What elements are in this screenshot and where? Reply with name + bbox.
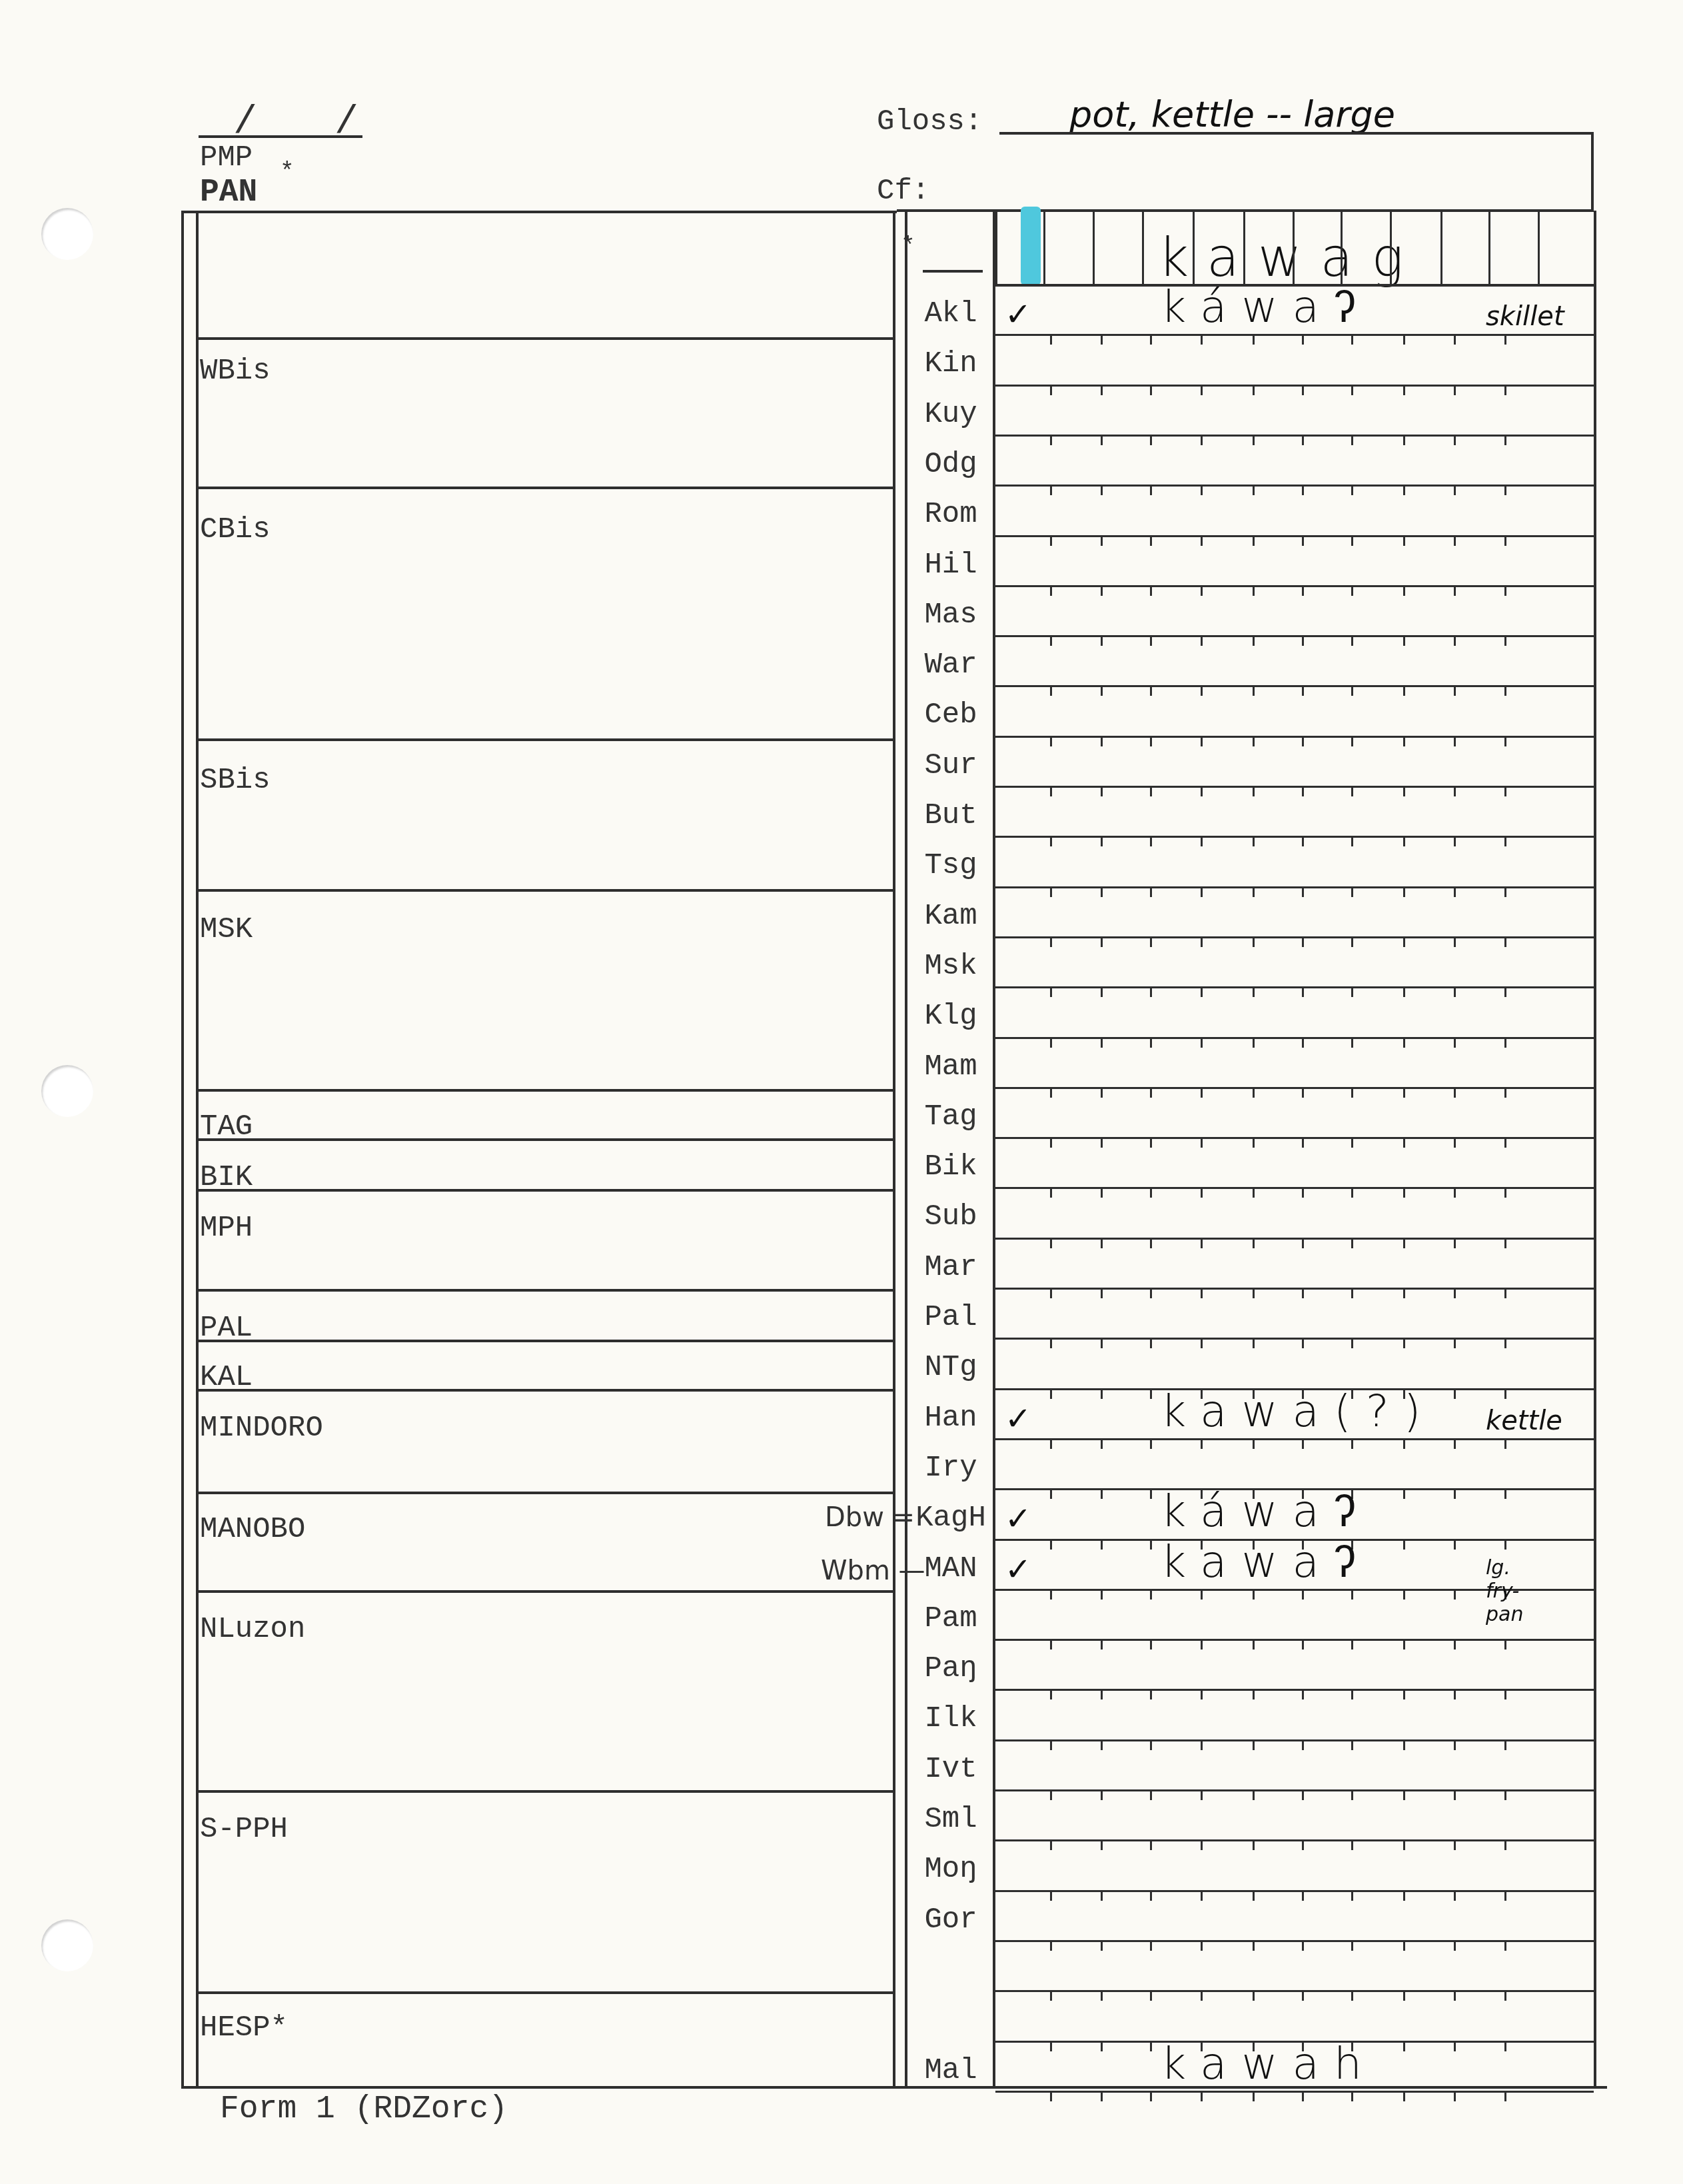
baseline-tick	[1201, 1338, 1203, 1348]
baseline-tick	[1504, 1187, 1506, 1198]
subgroup-label-mindoro[interactable]: MINDORO	[200, 1412, 323, 1445]
baseline-tick	[1351, 936, 1353, 947]
baseline-tick	[1050, 385, 1052, 395]
baseline-tick	[1403, 1940, 1405, 1951]
baseline-tick	[1101, 1689, 1103, 1699]
baseline-tick	[1504, 635, 1506, 646]
baseline-tick	[1351, 685, 1353, 696]
baseline-tick	[1253, 986, 1255, 997]
subgroup-divider	[196, 1590, 894, 1593]
pmp-label[interactable]: PMP	[200, 141, 253, 175]
baseline-tick	[1302, 1338, 1304, 1348]
check-mark-icon: ✓	[1005, 1400, 1031, 1438]
baseline-tick	[1504, 936, 1506, 947]
baseline-tick	[1201, 1589, 1203, 1600]
baseline-tick	[1351, 635, 1353, 646]
baseline-tick	[1050, 1087, 1052, 1098]
baseline-tick	[1150, 1187, 1152, 1198]
baseline-tick	[1454, 385, 1456, 395]
baseline-tick	[1302, 1087, 1304, 1098]
language-code: Akl	[907, 297, 994, 331]
baseline-tick	[1101, 1087, 1103, 1098]
language-code: But	[907, 799, 994, 832]
baseline-tick	[1101, 736, 1103, 746]
baseline-tick	[1403, 1539, 1405, 1550]
baseline-tick	[1302, 1890, 1304, 1901]
baseline-tick	[1101, 786, 1103, 796]
baseline-tick	[1050, 2041, 1052, 2051]
frame-right	[1594, 211, 1596, 2087]
baseline-tick	[1201, 1689, 1203, 1699]
reflex-gloss[interactable]: skillet	[1486, 301, 1564, 332]
baseline-tick	[1101, 1438, 1103, 1449]
baseline-tick	[1253, 385, 1255, 395]
reflex-form[interactable]: kawaʔ	[1161, 1536, 1371, 1588]
baseline-tick	[1403, 836, 1405, 846]
subgroup-divider	[196, 1340, 894, 1342]
baseline-tick	[1403, 1288, 1405, 1298]
baseline-tick	[1454, 585, 1456, 596]
subgroup-label-tag[interactable]: TAG	[200, 1110, 253, 1144]
baseline-tick	[1150, 435, 1152, 445]
baseline-tick	[1504, 736, 1506, 746]
baseline-tick	[1302, 435, 1304, 445]
baseline-tick	[1150, 635, 1152, 646]
baseline-tick	[1253, 1438, 1255, 1449]
baseline-tick	[1253, 1288, 1255, 1298]
baseline-tick	[1504, 2091, 1506, 2101]
baseline-tick	[1253, 1789, 1255, 1800]
subgroup-label-sbis[interactable]: SBis	[200, 764, 271, 797]
baseline-tick	[1403, 936, 1405, 947]
baseline-tick	[1050, 334, 1052, 345]
check-mark-icon: ✓	[1005, 1551, 1031, 1588]
baseline-tick	[1403, 1037, 1405, 1048]
baseline-tick	[1302, 886, 1304, 897]
baseline-tick	[1454, 1388, 1456, 1399]
baseline-tick	[1454, 2091, 1456, 2101]
baseline-tick	[1150, 1789, 1152, 1800]
baseline-tick	[1050, 986, 1052, 997]
binder-hole-top	[41, 208, 93, 260]
baseline-tick	[1253, 1137, 1255, 1148]
baseline-tick	[1504, 986, 1506, 997]
baseline-tick	[1454, 1488, 1456, 1499]
baseline-tick	[1101, 1288, 1103, 1298]
baseline-tick	[1201, 1789, 1203, 1800]
baseline-tick	[1150, 736, 1152, 746]
baseline-tick	[1454, 936, 1456, 947]
baseline-tick	[1101, 385, 1103, 395]
language-code: KagH	[907, 1502, 994, 1535]
baseline-tick	[1150, 685, 1152, 696]
baseline-tick	[1403, 736, 1405, 746]
baseline-tick	[1504, 334, 1506, 345]
subgroup-label-wbis[interactable]: WBis	[200, 355, 271, 388]
baseline-tick	[1101, 2041, 1103, 2051]
baseline-tick	[1253, 2091, 1255, 2101]
baseline-tick	[1253, 1990, 1255, 2001]
baseline-tick	[1253, 685, 1255, 696]
baseline-tick	[1050, 1238, 1052, 1248]
baseline-tick	[1403, 986, 1405, 997]
baseline-tick	[1150, 1137, 1152, 1148]
baseline-tick	[1504, 1087, 1506, 1098]
baseline-tick	[1150, 1288, 1152, 1298]
baseline-tick	[1253, 1839, 1255, 1850]
baseline-tick	[1302, 585, 1304, 596]
right-border-top	[1591, 132, 1594, 212]
subgroup-divider	[196, 738, 894, 741]
baseline-tick	[1454, 1689, 1456, 1699]
baseline-tick	[1454, 435, 1456, 445]
baseline-tick	[1403, 1739, 1405, 1750]
baseline-tick	[1302, 1238, 1304, 1248]
baseline-tick	[1403, 685, 1405, 696]
proto-cell-divider	[1341, 211, 1343, 285]
baseline-tick	[1101, 1137, 1103, 1148]
subgroup-label-mph[interactable]: MPH	[200, 1212, 253, 1245]
baseline-tick	[1101, 1238, 1103, 1248]
baseline-tick	[1302, 786, 1304, 796]
baseline-tick	[1403, 1990, 1405, 2001]
baseline-tick	[1454, 1438, 1456, 1449]
baseline-tick	[1302, 1940, 1304, 1951]
side-note-wbm: Wbm —	[821, 1556, 925, 1586]
baseline-tick	[1302, 685, 1304, 696]
baseline-tick	[1150, 1639, 1152, 1649]
baseline-tick	[1050, 786, 1052, 796]
baseline-tick	[1403, 1238, 1405, 1248]
baseline-tick	[1351, 1739, 1353, 1750]
baseline-tick	[1403, 1438, 1405, 1449]
baseline-tick	[1351, 1288, 1353, 1298]
baseline-tick	[1403, 1839, 1405, 1850]
baseline-tick	[1253, 1087, 1255, 1098]
baseline-tick	[1403, 1338, 1405, 1348]
baseline-tick	[1150, 1388, 1152, 1399]
baseline-tick	[1201, 385, 1203, 395]
subgroup-divider	[196, 1492, 894, 1494]
baseline-tick	[1403, 535, 1405, 546]
baseline-tick	[1454, 1288, 1456, 1298]
subgroup-label-nluzon[interactable]: NLuzon	[200, 1613, 305, 1646]
language-code: Ivt	[907, 1753, 994, 1786]
language-code: Tsg	[907, 849, 994, 882]
baseline-tick	[1454, 786, 1456, 796]
baseline-tick	[1201, 635, 1203, 646]
proto-cell-divider	[1293, 211, 1295, 285]
baseline-tick	[1150, 1338, 1152, 1348]
subgroup-label-msk[interactable]: MSK	[200, 913, 253, 946]
baseline-tick	[1101, 1789, 1103, 1800]
baseline-tick	[1504, 1639, 1506, 1649]
subgroup-divider	[196, 1289, 894, 1292]
subgroup-label-pal[interactable]: PAL	[200, 1312, 253, 1345]
baseline-tick	[1201, 1288, 1203, 1298]
reflex-form[interactable]: káwaʔ	[1161, 1486, 1371, 1537]
baseline-tick	[1351, 1839, 1353, 1850]
baseline-tick	[1050, 1940, 1052, 1951]
check-mark-icon: ✓	[1005, 296, 1031, 333]
baseline-tick	[1050, 1890, 1052, 1901]
baseline-tick	[1101, 334, 1103, 345]
baseline-tick	[1403, 1589, 1405, 1600]
baseline-tick	[1201, 334, 1203, 345]
baseline-tick	[1351, 1789, 1353, 1800]
baseline-tick	[1454, 535, 1456, 546]
baseline-tick	[1101, 435, 1103, 445]
language-code: Sub	[907, 1200, 994, 1234]
baseline-tick	[1201, 936, 1203, 947]
baseline-tick	[1504, 1890, 1506, 1901]
baseline-tick	[1504, 1137, 1506, 1148]
baseline-tick	[1253, 1940, 1255, 1951]
baseline-tick	[1201, 836, 1203, 846]
baseline-tick	[1101, 1890, 1103, 1901]
baseline-tick	[1302, 385, 1304, 395]
subgroup-divider	[196, 1389, 894, 1392]
subgroup-label-s-pph[interactable]: S-PPH	[200, 1813, 288, 1846]
baseline-tick	[1504, 1940, 1506, 1951]
baseline-tick	[1403, 1890, 1405, 1901]
language-code: Han	[907, 1402, 994, 1435]
baseline-tick	[1454, 1037, 1456, 1048]
baseline-tick	[1302, 1990, 1304, 2001]
language-code: Rom	[907, 498, 994, 531]
baseline-tick	[1351, 736, 1353, 746]
baseline-tick	[1504, 1037, 1506, 1048]
proto-cell-divider	[1440, 211, 1442, 285]
baseline-tick	[1403, 2091, 1405, 2101]
baseline-tick	[1454, 1338, 1456, 1348]
date-underline	[199, 135, 362, 138]
baseline-tick	[1253, 1589, 1255, 1600]
baseline-tick	[1201, 1839, 1203, 1850]
baseline-tick	[1050, 836, 1052, 846]
baseline-tick	[1101, 535, 1103, 546]
baseline-tick	[1504, 1488, 1506, 1499]
baseline-tick	[1050, 1639, 1052, 1649]
baseline-tick	[1050, 1488, 1052, 1499]
baseline-tick	[1253, 886, 1255, 897]
baseline-tick	[1050, 1839, 1052, 1850]
baseline-tick	[1150, 1990, 1152, 2001]
baseline-tick	[1201, 986, 1203, 997]
baseline-tick	[1454, 886, 1456, 897]
baseline-tick	[1454, 1137, 1456, 1148]
baseline-tick	[1403, 786, 1405, 796]
gloss-label: Gloss:	[877, 105, 982, 139]
baseline-tick	[1201, 1940, 1203, 1951]
baseline-tick	[1302, 485, 1304, 495]
baseline-tick	[1454, 2041, 1456, 2051]
baseline-tick	[1201, 1037, 1203, 1048]
baseline-tick	[1201, 886, 1203, 897]
baseline-tick	[1454, 1990, 1456, 2001]
baseline-tick	[1101, 1539, 1103, 1550]
reflex-gloss[interactable]: lg. fry-pan	[1486, 1556, 1523, 1626]
baseline-tick	[1101, 1940, 1103, 1951]
baseline-tick	[1150, 886, 1152, 897]
language-code: Odg	[907, 448, 994, 481]
baseline-tick	[1050, 1589, 1052, 1600]
baseline-tick	[1253, 585, 1255, 596]
subgroup-divider	[196, 1189, 894, 1192]
frame-inner-left	[196, 211, 199, 2087]
baseline-tick	[1201, 485, 1203, 495]
baseline-tick	[1351, 2091, 1353, 2101]
group-col-right	[893, 211, 895, 2087]
baseline-tick	[1150, 385, 1152, 395]
baseline-tick	[1351, 836, 1353, 846]
language-code: Ilk	[907, 1702, 994, 1735]
baseline-tick	[1101, 986, 1103, 997]
baseline-tick	[1403, 1187, 1405, 1198]
baseline-tick	[1504, 585, 1506, 596]
baseline-tick	[1101, 1037, 1103, 1048]
date-marks: / /	[233, 100, 385, 145]
baseline-tick	[1150, 986, 1152, 997]
baseline-tick	[1050, 936, 1052, 947]
baseline-tick	[1351, 535, 1353, 546]
baseline-tick	[1302, 2091, 1304, 2101]
baseline-tick	[1454, 635, 1456, 646]
language-code: Bik	[907, 1150, 994, 1184]
form-label: Form 1 (RDZorc)	[220, 2091, 508, 2127]
baseline-tick	[1302, 1037, 1304, 1048]
language-code: Pal	[907, 1301, 994, 1334]
language-code: Kuy	[907, 398, 994, 431]
subgroup-divider	[196, 1138, 894, 1141]
baseline-tick	[1050, 435, 1052, 445]
baseline-tick	[1150, 1488, 1152, 1499]
baseline-tick	[1403, 886, 1405, 897]
reflex-form[interactable]: káwaʔ	[1161, 281, 1371, 333]
baseline-tick	[1201, 435, 1203, 445]
subgroup-label-cbis[interactable]: CBis	[200, 513, 271, 546]
subgroup-label-bik[interactable]: BIK	[200, 1161, 253, 1194]
baseline-tick	[1351, 1338, 1353, 1348]
baseline-tick	[1101, 1589, 1103, 1600]
baseline-tick	[1504, 1388, 1506, 1399]
baseline-tick	[1050, 1990, 1052, 2001]
subgroup-label-hesp-[interactable]: HESP*	[200, 2011, 288, 2045]
baseline-tick	[1253, 736, 1255, 746]
baseline-tick	[1302, 936, 1304, 947]
side-note-dbw: Dbw =	[825, 1502, 915, 1533]
baseline-tick	[1150, 2041, 1152, 2051]
baseline-tick	[1351, 385, 1353, 395]
baseline-tick	[1351, 435, 1353, 445]
baseline-tick	[1201, 2091, 1203, 2101]
baseline-tick	[1403, 1137, 1405, 1148]
baseline-tick	[1150, 585, 1152, 596]
baseline-tick	[1504, 1689, 1506, 1699]
subgroup-divider	[196, 1790, 894, 1793]
baseline-tick	[1101, 1739, 1103, 1750]
pmp-asterisk: *	[280, 159, 294, 186]
check-mark-icon: ✓	[1005, 1500, 1031, 1538]
language-code: Pam	[907, 1602, 994, 1636]
baseline-tick	[1150, 1589, 1152, 1600]
language-code: Paŋ	[907, 1652, 994, 1685]
frame-outer-left	[181, 211, 184, 2087]
baseline-tick	[1351, 1087, 1353, 1098]
reflex-gloss[interactable]: kettle	[1486, 1406, 1562, 1436]
baseline-tick	[1504, 435, 1506, 445]
baseline-tick	[1150, 786, 1152, 796]
language-code: Klg	[907, 1000, 994, 1033]
subgroup-divider	[196, 1089, 894, 1092]
proto-form[interactable]: kawag	[1158, 227, 1422, 289]
baseline-tick	[1253, 1890, 1255, 1901]
baseline-tick	[1201, 1438, 1203, 1449]
language-code: Kam	[907, 900, 994, 933]
subgroup-label-manobo[interactable]: MANOBO	[200, 1513, 305, 1546]
baseline-tick	[1201, 1137, 1203, 1148]
baseline-tick	[1504, 1288, 1506, 1298]
baseline-tick	[1302, 334, 1304, 345]
proto-cell-divider	[1488, 211, 1490, 285]
baseline-tick	[1201, 1087, 1203, 1098]
subgroup-label-kal[interactable]: KAL	[200, 1361, 253, 1394]
reflex-form[interactable]: kawah	[1161, 2038, 1377, 2089]
baseline-tick	[1150, 1087, 1152, 1098]
baseline-tick	[1403, 485, 1405, 495]
baseline-tick	[1201, 1238, 1203, 1248]
gloss-value[interactable]: pot, kettle -- large	[1069, 93, 1395, 135]
baseline-tick	[1302, 1438, 1304, 1449]
pan-label[interactable]: PAN	[200, 175, 257, 211]
baseline-tick	[1403, 1087, 1405, 1098]
baseline-tick	[1201, 1639, 1203, 1649]
baseline-tick	[1150, 1890, 1152, 1901]
proto-cell-divider	[1193, 211, 1195, 285]
baseline-tick	[1150, 535, 1152, 546]
baseline-tick	[1504, 1539, 1506, 1550]
baseline-tick	[1504, 535, 1506, 546]
baseline-tick	[1302, 1689, 1304, 1699]
baseline-tick	[1050, 2091, 1052, 2101]
baseline-tick	[1454, 1890, 1456, 1901]
baseline-tick	[1101, 485, 1103, 495]
reflex-form[interactable]: kawa(?)	[1161, 1386, 1435, 1437]
baseline-tick	[1403, 1488, 1405, 1499]
baseline-tick	[1504, 1338, 1506, 1348]
language-code: Moŋ	[907, 1853, 994, 1886]
baseline-tick	[1101, 685, 1103, 696]
baseline-tick	[1050, 1187, 1052, 1198]
baseline-tick	[1454, 685, 1456, 696]
baseline-tick	[1050, 1137, 1052, 1148]
baseline-tick	[1050, 585, 1052, 596]
baseline-tick	[1201, 585, 1203, 596]
baseline-tick	[1150, 1689, 1152, 1699]
baseline-tick	[1253, 435, 1255, 445]
subgroup-divider	[196, 1991, 894, 1994]
baseline-tick	[1351, 886, 1353, 897]
baseline-tick	[1351, 986, 1353, 997]
highlight-mark	[1021, 207, 1041, 285]
baseline-tick	[1050, 485, 1052, 495]
baseline-tick	[1253, 936, 1255, 947]
baseline-tick	[1150, 1940, 1152, 1951]
baseline-tick	[1454, 485, 1456, 495]
baseline-tick	[1351, 1890, 1353, 1901]
baseline-tick	[1253, 334, 1255, 345]
baseline-tick	[1253, 1187, 1255, 1198]
